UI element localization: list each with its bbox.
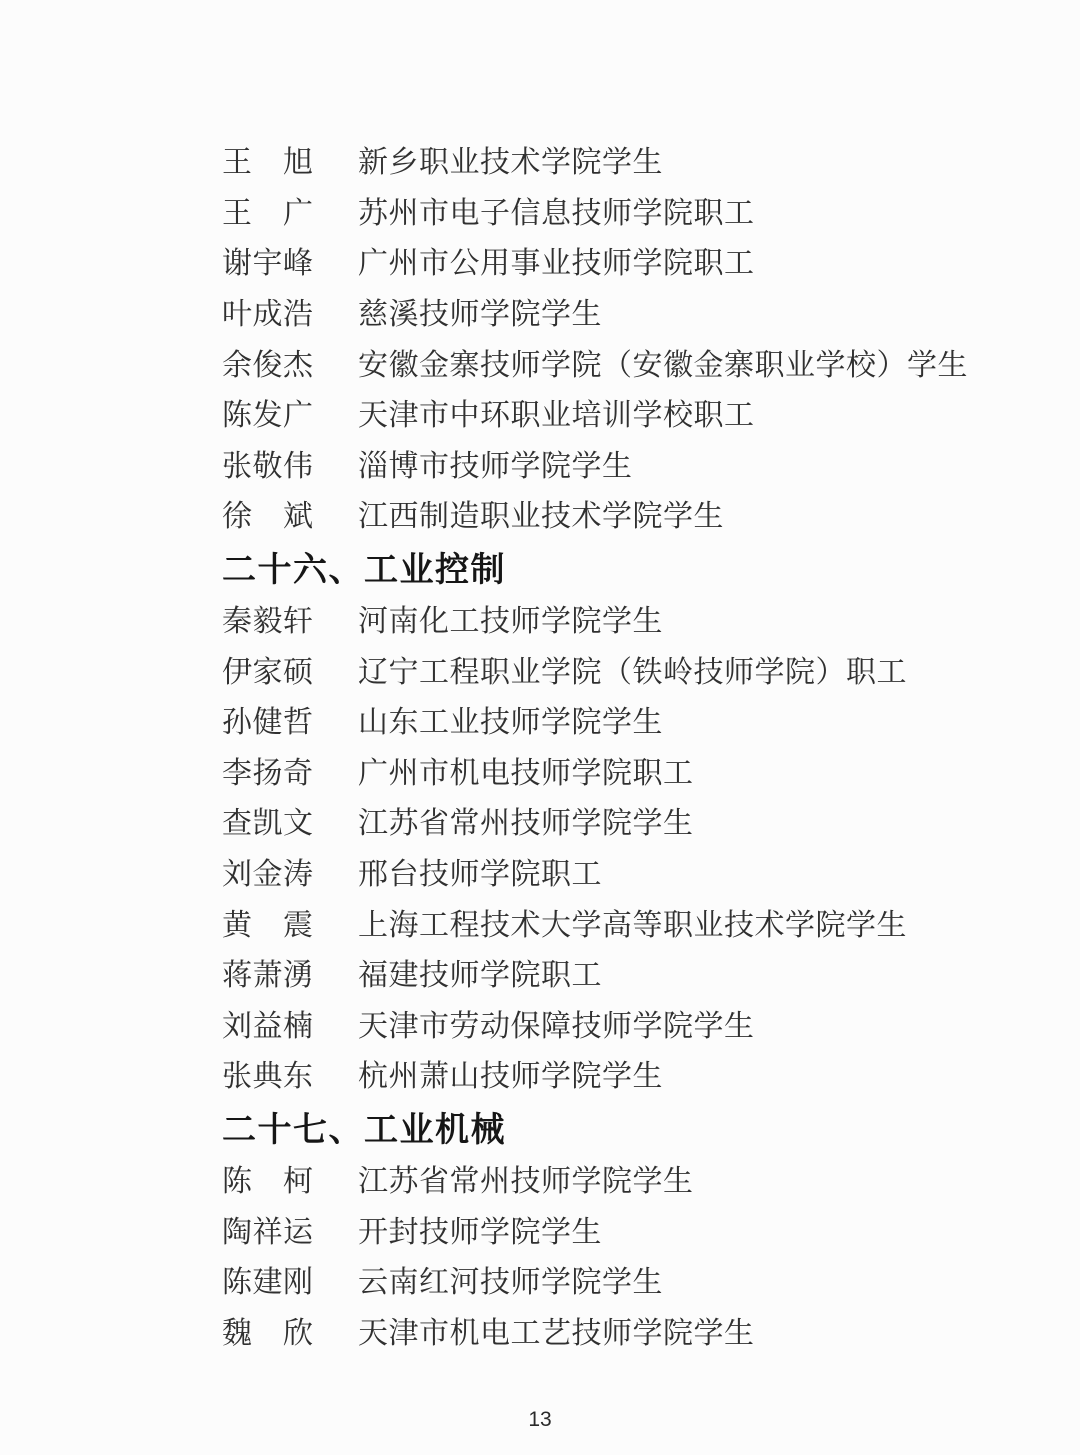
entry-name: 陈 柯	[222, 1167, 315, 1197]
entry-row: 刘金涛邢台技师学院职工	[222, 850, 1030, 901]
entry-row: 查凯文江苏省常州技师学院学生	[222, 799, 1030, 850]
entry-affiliation: 开封技师学院学生	[358, 1218, 602, 1248]
entry-name: 刘金涛	[222, 860, 315, 890]
entry-affiliation: 苏州市电子信息技师学院职工	[358, 199, 755, 229]
entry-affiliation: 上海工程技术大学高等职业技术学院学生	[358, 911, 907, 941]
entry-affiliation: 云南红河技师学院学生	[358, 1268, 663, 1298]
entry-affiliation: 江苏省常州技师学院学生	[358, 809, 694, 839]
entry-affiliation: 新乡职业技术学院学生	[358, 148, 663, 178]
entry-row: 张敬伟淄博市技师学院学生	[222, 442, 1030, 493]
entry-row: 陈建刚云南红河技师学院学生	[222, 1258, 1030, 1309]
entry-name: 魏 欣	[222, 1319, 315, 1349]
entry-row: 叶成浩慈溪技师学院学生	[222, 290, 1030, 341]
entry-name: 伊家硕	[222, 658, 315, 688]
entry-name: 蒋萧湧	[222, 961, 315, 991]
entry-affiliation: 广州市公用事业技师学院职工	[358, 249, 755, 279]
entry-name: 张敬伟	[222, 452, 315, 482]
section-heading: 二十六、工业控制	[222, 543, 1030, 597]
entry-affiliation: 杭州萧山技师学院学生	[358, 1062, 663, 1092]
entry-row: 魏 欣天津市机电工艺技师学院学生	[222, 1308, 1030, 1359]
entry-name: 余俊杰	[222, 351, 315, 381]
entry-affiliation: 慈溪技师学院学生	[358, 300, 602, 330]
entry-affiliation: 辽宁工程职业学院（铁岭技师学院）职工	[358, 658, 907, 688]
entry-name: 陈发广	[222, 401, 315, 431]
entry-row: 余俊杰安徽金寨技师学院（安徽金寨职业学校）学生	[222, 340, 1030, 391]
entry-row: 蒋萧湧福建技师学院职工	[222, 951, 1030, 1002]
entry-row: 李扬奇广州市机电技师学院职工	[222, 749, 1030, 800]
entry-affiliation: 福建技师学院职工	[358, 961, 602, 991]
award-winners-list: 王 旭新乡职业技术学院学生王 广苏州市电子信息技师学院职工谢宇峰广州市公用事业技…	[222, 138, 1030, 1359]
entry-name: 李扬奇	[222, 759, 315, 789]
page-number: 13	[528, 1408, 551, 1431]
entry-affiliation: 山东工业技师学院学生	[358, 708, 663, 738]
entry-name: 张典东	[222, 1062, 315, 1092]
entry-affiliation: 天津市中环职业培训学校职工	[358, 401, 755, 431]
entry-name: 孙健哲	[222, 708, 315, 738]
entry-name: 王 广	[222, 199, 315, 229]
entry-name: 谢宇峰	[222, 249, 315, 279]
entry-name: 徐 斌	[222, 502, 315, 532]
entry-row: 孙健哲山东工业技师学院学生	[222, 698, 1030, 749]
document-page: 王 旭新乡职业技术学院学生王 广苏州市电子信息技师学院职工谢宇峰广州市公用事业技…	[0, 0, 1080, 1455]
entry-row: 陶祥运开封技师学院学生	[222, 1207, 1030, 1258]
entry-affiliation: 安徽金寨技师学院（安徽金寨职业学校）学生	[358, 351, 968, 381]
entry-row: 张典东杭州萧山技师学院学生	[222, 1052, 1030, 1103]
entry-row: 谢宇峰广州市公用事业技师学院职工	[222, 239, 1030, 290]
entry-name: 秦毅轩	[222, 607, 315, 637]
entry-row: 徐 斌江西制造职业技术学院学生	[222, 492, 1030, 543]
entry-name: 叶成浩	[222, 300, 315, 330]
entry-row: 王 广苏州市电子信息技师学院职工	[222, 189, 1030, 240]
entry-row: 伊家硕辽宁工程职业学院（铁岭技师学院）职工	[222, 647, 1030, 698]
entry-affiliation: 江西制造职业技术学院学生	[358, 502, 724, 532]
entry-row: 刘益楠天津市劳动保障技师学院学生	[222, 1002, 1030, 1053]
entry-name: 黄 震	[222, 911, 315, 941]
entry-row: 王 旭新乡职业技术学院学生	[222, 138, 1030, 189]
entry-name: 陈建刚	[222, 1268, 315, 1298]
entry-affiliation: 邢台技师学院职工	[358, 860, 602, 890]
entry-row: 秦毅轩河南化工技师学院学生	[222, 597, 1030, 648]
entry-name: 查凯文	[222, 809, 315, 839]
section-heading: 二十七、工业机械	[222, 1103, 1030, 1157]
entry-affiliation: 淄博市技师学院学生	[358, 452, 633, 482]
entry-name: 刘益楠	[222, 1012, 315, 1042]
entry-row: 陈 柯江苏省常州技师学院学生	[222, 1157, 1030, 1208]
entry-name: 陶祥运	[222, 1218, 315, 1248]
entry-row: 黄 震上海工程技术大学高等职业技术学院学生	[222, 900, 1030, 951]
page-footer: 13	[0, 1408, 1080, 1432]
entry-affiliation: 江苏省常州技师学院学生	[358, 1167, 694, 1197]
entry-name: 王 旭	[222, 148, 315, 178]
entry-affiliation: 天津市机电工艺技师学院学生	[358, 1319, 755, 1349]
entry-affiliation: 广州市机电技师学院职工	[358, 759, 694, 789]
entry-affiliation: 河南化工技师学院学生	[358, 607, 663, 637]
entry-row: 陈发广天津市中环职业培训学校职工	[222, 391, 1030, 442]
entry-affiliation: 天津市劳动保障技师学院学生	[358, 1012, 755, 1042]
